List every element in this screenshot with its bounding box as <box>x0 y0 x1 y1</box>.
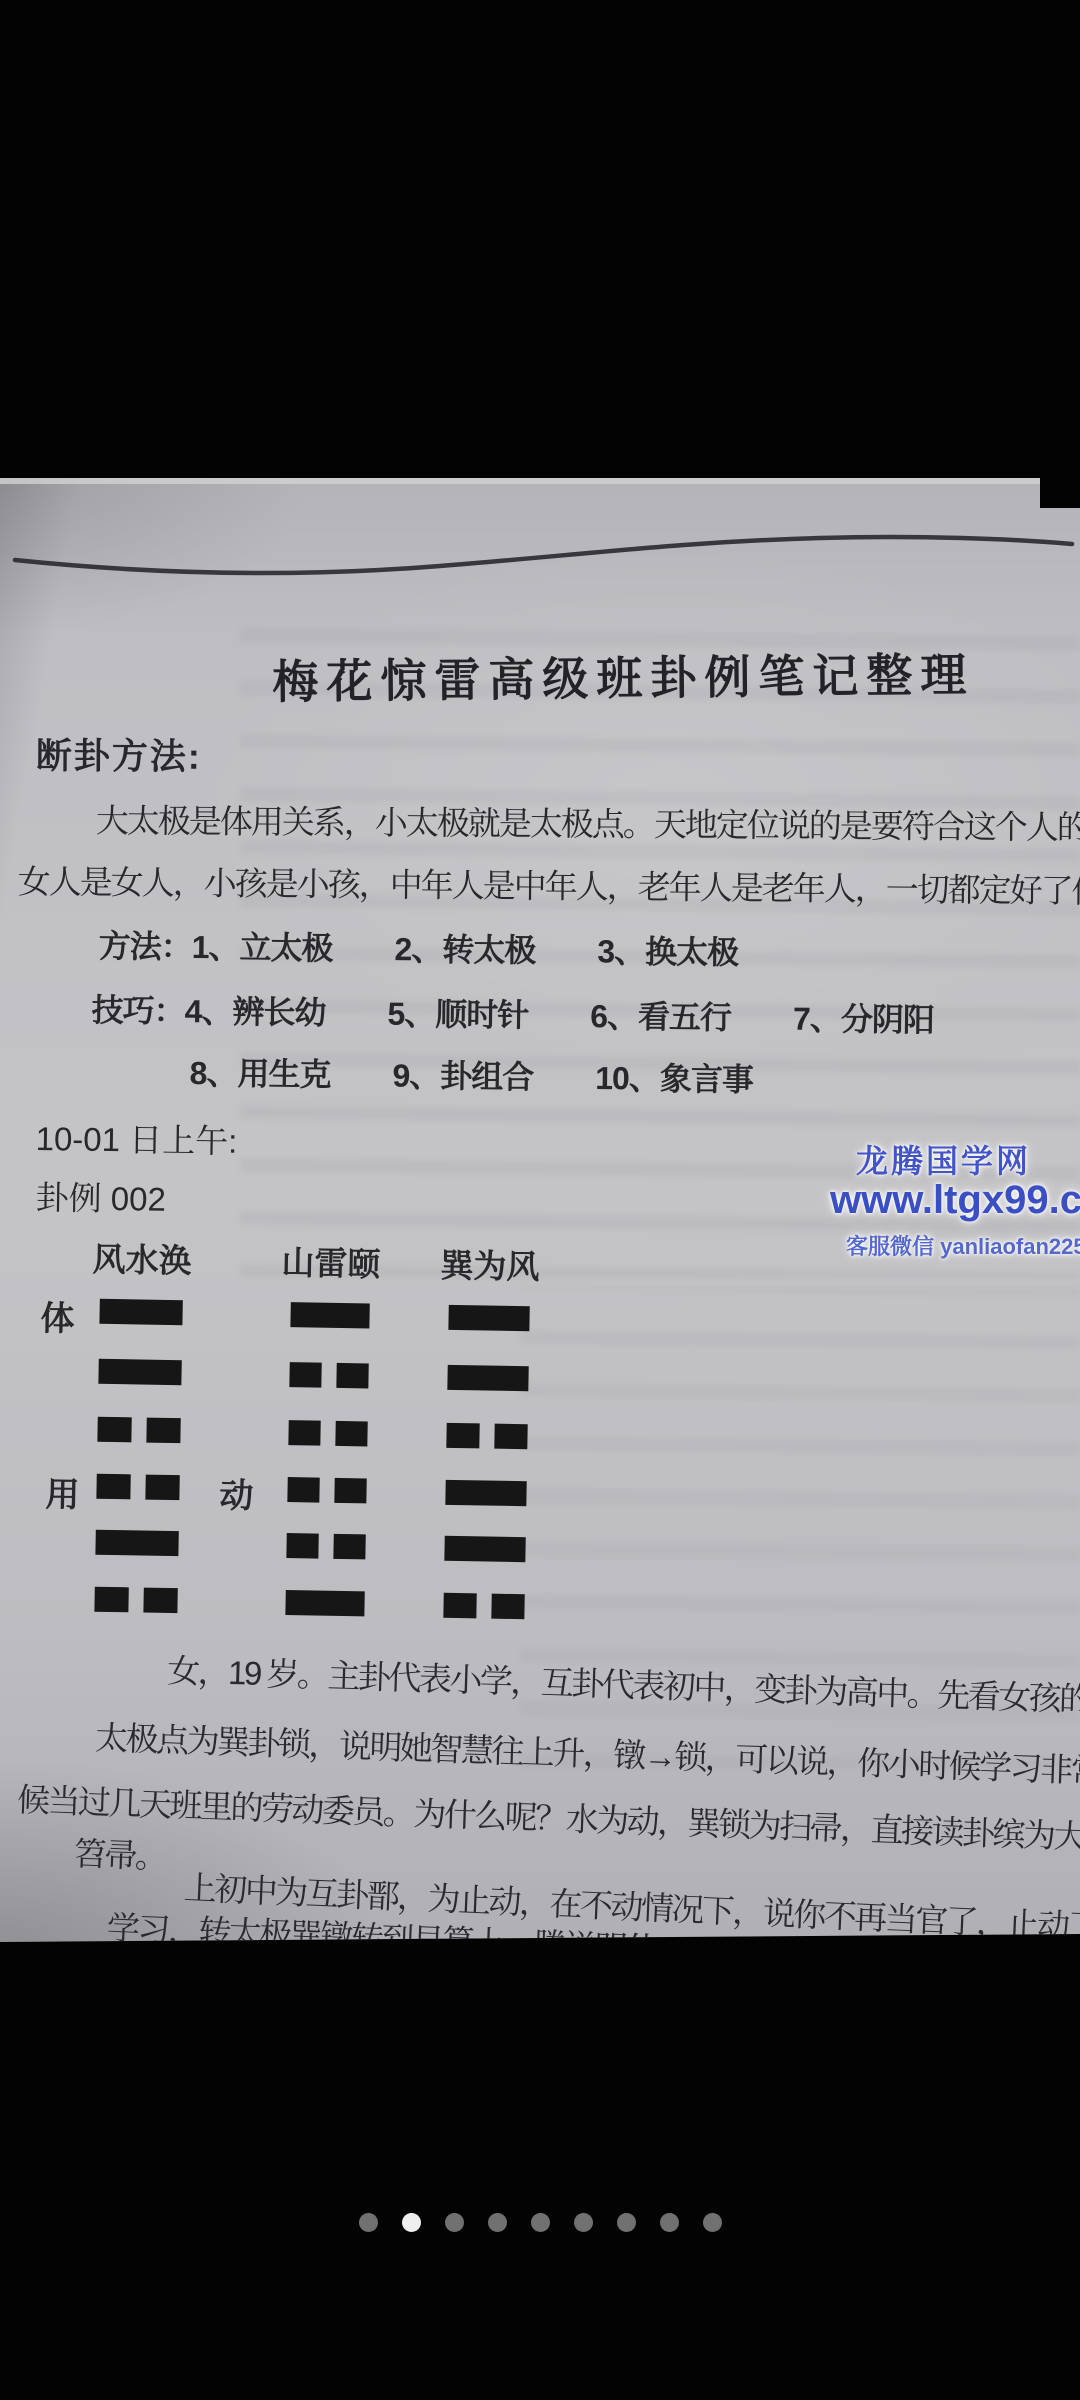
yin-line <box>446 1423 527 1449</box>
section-heading: 断卦方法: <box>36 728 202 780</box>
hexagram-feng-shui-huan: 风水涣 <box>94 1234 184 1635</box>
carousel-dot[interactable] <box>445 2213 464 2232</box>
analysis-line: 候当过几天班里的劳动委员。为什么呢？水为动，巽锁为扫帚，直接读卦缤为大水，巽锁 <box>16 1774 1080 1862</box>
hexagram-diagram: 体 用 动 风水涣 山雷颐 巽为风 <box>0 1232 640 1663</box>
carousel-dot[interactable] <box>359 2213 378 2232</box>
carousel-dot[interactable] <box>531 2213 550 2232</box>
document-photo[interactable]: 梅花惊雷高级班卦例笔记整理 断卦方法: 大太极是体用关系，小太极就是太极点。天地… <box>0 478 1080 1956</box>
yang-line <box>447 1365 528 1391</box>
carousel-dot[interactable] <box>617 2213 636 2232</box>
label-yong: 用 <box>45 1467 80 1517</box>
technique-line-2: 8、用生克 9、卦组合 10、象言事 <box>189 1048 753 1101</box>
hexagram-xun-wei-feng: 巽为风 <box>443 1240 531 1641</box>
analysis-line: 上初中为互卦鄑，为止动，在不动情况下，说你不再当官了，止动了，不用当了。止 <box>183 1862 1080 1956</box>
yang-line <box>99 1299 182 1325</box>
watermark-site-name: 龙腾国学网 <box>856 1136 1031 1182</box>
hexagram-name: 风水涣 <box>92 1234 192 1283</box>
yang-line <box>290 1302 369 1328</box>
carousel-dot[interactable] <box>660 2213 679 2232</box>
watermark-url: www.ltgx99.com <box>830 1178 1080 1223</box>
label-ti: 体 <box>40 1291 75 1341</box>
method-line: 方法：1、立太极 2、转太极 3、换太极 <box>99 921 739 974</box>
intro-line-1: 大太极是体用关系，小太极就是太极点。天地定位说的是要符合这个人的身份去 <box>96 795 1080 850</box>
yang-line <box>444 1536 525 1562</box>
carousel-dots <box>0 2213 1080 2232</box>
hexagram-name: 巽为风 <box>440 1240 540 1289</box>
carousel-dot[interactable] <box>574 2213 593 2232</box>
yang-line <box>285 1590 364 1616</box>
case-number: 卦例 002 <box>35 1172 166 1221</box>
carousel-dot-active[interactable] <box>402 2213 421 2232</box>
yang-line <box>98 1359 181 1385</box>
yang-line <box>95 1530 178 1556</box>
date-line: 10-01 日上午: <box>35 1113 237 1163</box>
yin-line <box>94 1587 177 1613</box>
paper-top-edge <box>0 478 1040 484</box>
yin-line <box>97 1417 180 1443</box>
image-viewer-screen: 梅花惊雷高级班卦例笔记整理 断卦方法: 大太极是体用关系，小太极就是太极点。天地… <box>0 0 1080 2400</box>
technique-line-1: 技巧：4、辨长幼 5、顺时针 6、看五行 7、分阴阳 <box>91 985 934 1041</box>
yin-line <box>288 1420 367 1446</box>
analysis-line: 笤帚。 <box>73 1828 166 1878</box>
watermark-contact: 客服微信 yanliaofan225 <box>846 1230 1080 1261</box>
yang-line <box>445 1480 526 1506</box>
hexagram-shan-lei-yi: 山雷颐 <box>285 1237 371 1638</box>
page-title: 梅花惊雷高级班卦例笔记整理 <box>272 639 975 712</box>
yin-line <box>287 1477 366 1503</box>
carousel-dot[interactable] <box>488 2213 507 2232</box>
wire-line-across-page <box>0 516 1080 606</box>
intro-line-2: 女人是女人，小孩是小孩，中年人是中年人，老年人是老年人，一切都定好了位置， <box>18 856 1080 913</box>
carousel-dot[interactable] <box>703 2213 722 2232</box>
label-dong: 动 <box>219 1468 254 1518</box>
yin-line <box>96 1474 179 1500</box>
yin-line <box>443 1593 524 1619</box>
yin-line <box>286 1533 365 1559</box>
yang-line <box>448 1305 529 1331</box>
yin-line <box>289 1362 368 1388</box>
hexagram-name: 山雷颐 <box>281 1237 381 1286</box>
